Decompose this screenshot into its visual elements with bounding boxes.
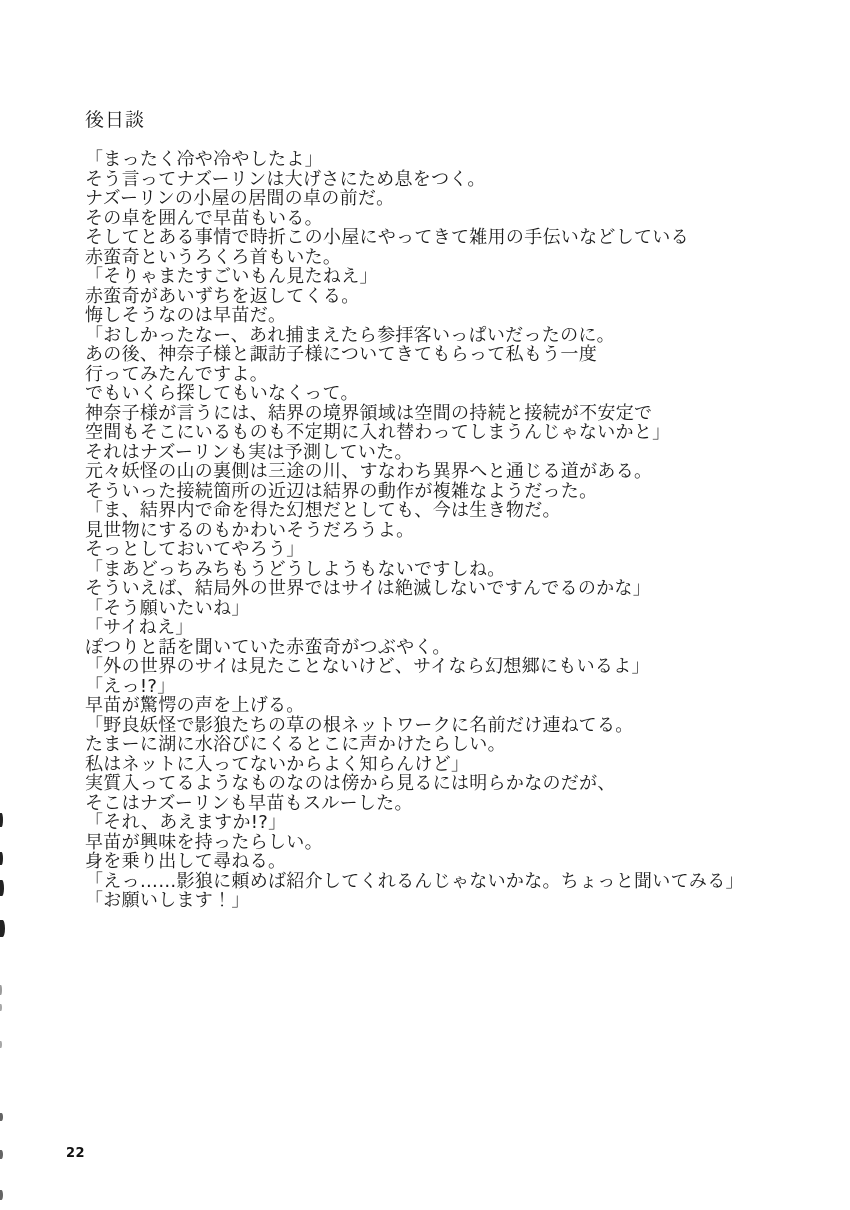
- story-line: そういえば、結局外の世界ではサイは絶滅しないですんでるのかな」: [85, 579, 825, 599]
- scan-artifact: [0, 813, 3, 827]
- story-line: 実質入ってるようなものなのは傍から見るには明らかなのだが、: [85, 774, 825, 794]
- story-line: たまーに湖に水浴びにくるとこに声かけたらしい。: [85, 735, 825, 755]
- scanned-story-page: 後日談 「まったく冷や冷やしたよ」そう言ってナズーリンは大げさにため息をつく。ナ…: [0, 0, 850, 1210]
- story-line: 「それ、あえますか!?」: [85, 813, 825, 833]
- story-line: 「お願いします！」: [85, 891, 825, 911]
- story-line: 「野良妖怪で影狼たちの草の根ネットワークに名前だけ連ねてる。: [85, 716, 825, 736]
- story-line: 赤蛮奇というろくろ首もいた。: [85, 248, 825, 268]
- story-line: 「サイねえ」: [85, 618, 825, 638]
- story-line: そっとしておいてやろう」: [85, 540, 825, 560]
- story-line: そういった接続箇所の近辺は結界の動作が複雑なようだった。: [85, 482, 825, 502]
- story-line: 「おしかったなー、あれ捕まえたら参拝客いっぱいだったのに。: [85, 326, 825, 346]
- story-line: その卓を囲んで早苗もいる。: [85, 209, 825, 229]
- story-line: 悔しそうなのは早苗だ。: [85, 306, 825, 326]
- story-line: 空間もそこにいるものも不定期に入れ替わってしまうんじゃないかと」: [85, 423, 825, 443]
- story-line: 「えっ!?」: [85, 677, 825, 697]
- story-line: 行ってみたんですよ。: [85, 365, 825, 385]
- scan-artifact: [0, 1190, 3, 1200]
- scan-artifact: [0, 880, 4, 896]
- story-line: 「まったく冷や冷やしたよ」: [85, 150, 825, 170]
- story-line: 私はネットに入ってないからよく知らんけど」: [85, 755, 825, 775]
- story-line: そこはナズーリンも早苗もスルーした。: [85, 794, 825, 814]
- story-line: ナズーリンの小屋の居間の卓の前だ。: [85, 189, 825, 209]
- story-line: 「そりゃまたすごいもん見たねえ」: [85, 267, 825, 287]
- scan-artifact: [0, 1113, 3, 1121]
- story-line: ぽつりと話を聞いていた赤蛮奇がつぶやく。: [85, 638, 825, 658]
- story-line: 「えっ……影狼に頼めば紹介してくれるんじゃないかな。ちょっと聞いてみる」: [85, 872, 825, 892]
- scan-artifact: [0, 920, 5, 937]
- story-line: そしてとある事情で時折この小屋にやってきて雑用の手伝いなどしている: [85, 228, 825, 248]
- story-line: でもいくら探してもいなくって。: [85, 384, 825, 404]
- page-number: 22: [66, 1146, 85, 1161]
- story-line: 「まあどっちみちもうどうしようもないですしね。: [85, 560, 825, 580]
- story-line: 「外の世界のサイは見たことないけど、サイなら幻想郷にもいるよ」: [85, 657, 825, 677]
- story-line: 神奈子様が言うには、結界の境界領域は空間の持続と接続が不安定で: [85, 404, 825, 424]
- story-line: 「そう願いたいね」: [85, 599, 825, 619]
- scan-artifact: [0, 1150, 3, 1159]
- scan-artifact: [0, 1041, 2, 1048]
- scan-artifact: [0, 985, 2, 995]
- story-line: 赤蛮奇があいずちを返してくる。: [85, 287, 825, 307]
- story-line: 早苗が驚愕の声を上げる。: [85, 696, 825, 716]
- story-line: それはナズーリンも実は予測していた。: [85, 443, 825, 463]
- story-line: 身を乗り出して尋ねる。: [85, 852, 825, 872]
- story-line: 見世物にするのもかわいそうだろうよ。: [85, 521, 825, 541]
- story-line: 元々妖怪の山の裏側は三途の川、すなわち異界へと通じる道がある。: [85, 462, 825, 482]
- page-title: 後日談: [85, 110, 145, 131]
- story-line: あの後、神奈子様と諏訪子様についてきてもらって私もう一度: [85, 345, 825, 365]
- scan-artifact: [0, 1004, 2, 1011]
- scan-artifact: [0, 852, 3, 865]
- story-line: そう言ってナズーリンは大げさにため息をつく。: [85, 170, 825, 190]
- story-text: 「まったく冷や冷やしたよ」そう言ってナズーリンは大げさにため息をつく。ナズーリン…: [85, 150, 825, 911]
- story-line: 早苗が興味を持ったらしい。: [85, 833, 825, 853]
- story-line: 「ま、結界内で命を得た幻想だとしても、今は生き物だ。: [85, 501, 825, 521]
